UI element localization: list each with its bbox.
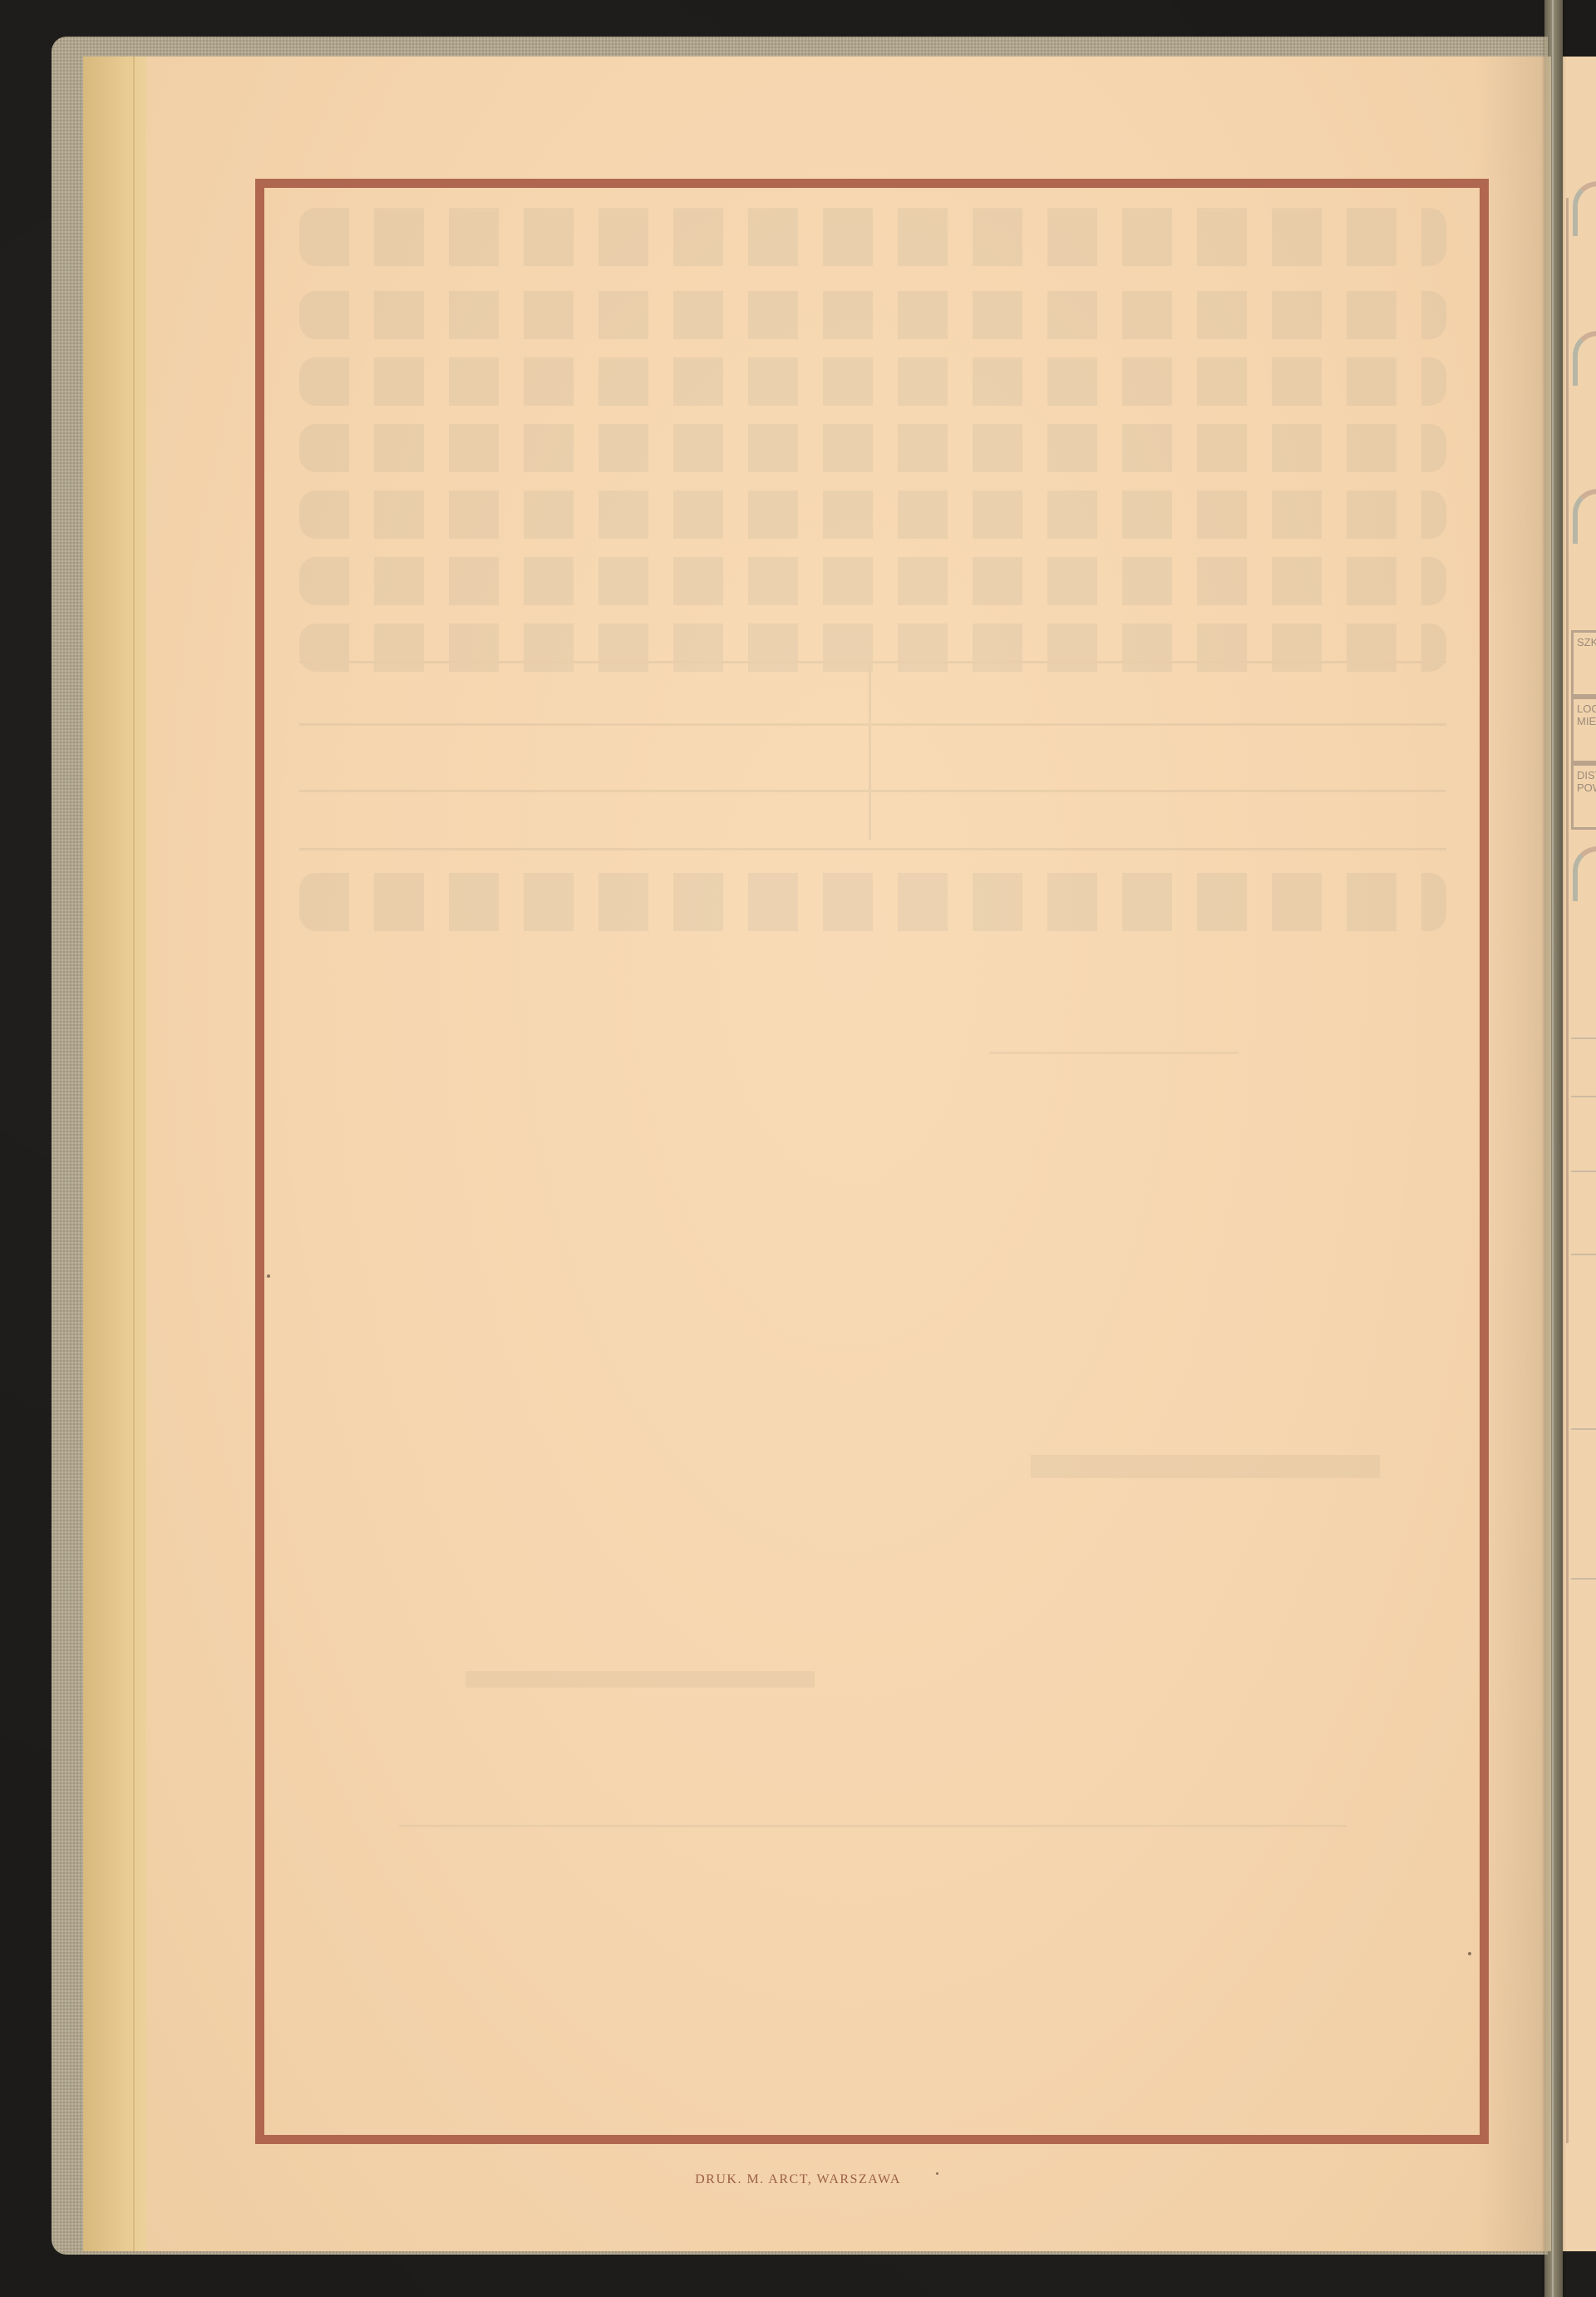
gutter-glass-strip bbox=[1544, 0, 1563, 2297]
facing-label-fragment: DIST POW bbox=[1571, 763, 1596, 830]
printer-imprint: DRUK. M. ARCT, WARSZAWA bbox=[0, 2172, 1596, 2187]
facing-handwriting bbox=[1571, 1038, 1596, 1039]
facing-handwriting bbox=[1571, 1254, 1596, 1255]
facing-handwriting bbox=[1571, 1428, 1596, 1430]
facing-label-fragment: SZKO bbox=[1571, 630, 1596, 697]
printed-frame-border bbox=[255, 179, 1489, 2144]
facing-handwriting bbox=[1571, 1096, 1596, 1097]
facing-ornament bbox=[1573, 181, 1596, 236]
facing-handwriting bbox=[1571, 1578, 1596, 1580]
page-edges-strip bbox=[83, 57, 148, 2251]
facing-handwriting bbox=[1571, 1171, 1596, 1172]
facing-page-sliver: SZKO LOC MIE DIST POW bbox=[1563, 57, 1596, 2251]
facing-label-fragment: LOC MIE bbox=[1571, 697, 1596, 763]
